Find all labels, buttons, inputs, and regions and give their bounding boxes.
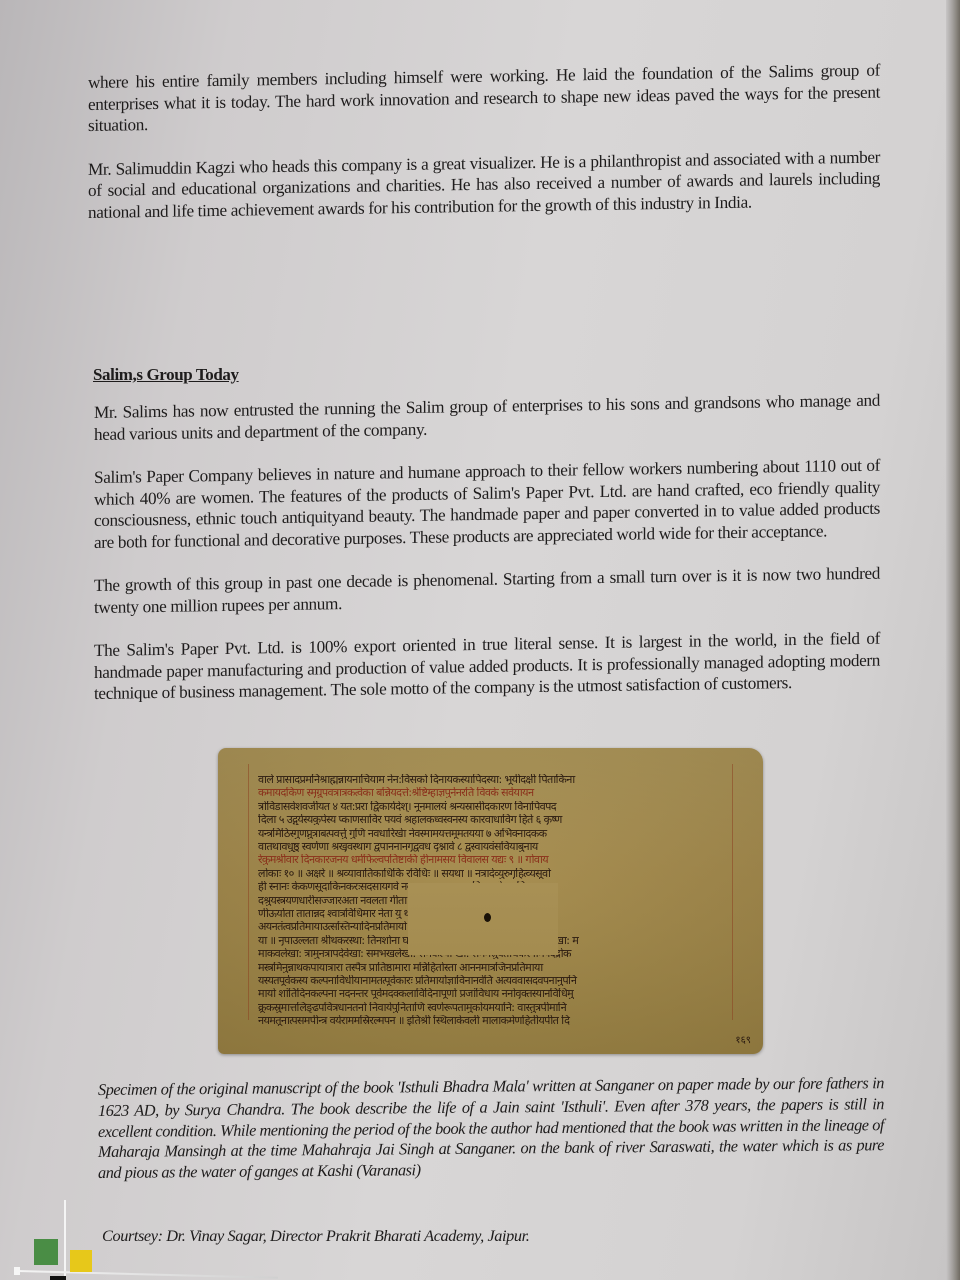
manuscript-line: कमायदकिण स्मृग्रुपवत्रात्रकत्वेका बन्निय… xyxy=(258,787,723,798)
group-today-section: Mr. Salims has now entrusted the running… xyxy=(94,390,880,705)
manuscript-caption: Specimen of the original manuscript of t… xyxy=(98,1073,884,1184)
manuscript-line: वाले प्रासादप्रमनिश्राह्मन्नायनाचियाम ने… xyxy=(258,774,723,785)
intro-paragraph-1: where his entire family members includin… xyxy=(88,60,880,137)
manuscript-center-blank xyxy=(408,883,558,955)
decorative-green-square xyxy=(34,1239,58,1265)
section-paragraph-4: The Salim's Paper Pvt. Ltd. is 100% expo… xyxy=(94,628,880,705)
decorative-yellow-square xyxy=(70,1250,92,1272)
manuscript-line: लोकाः १० ॥ अक्षरे ॥ श्रव्यावातिकाधिकि रव… xyxy=(258,868,723,879)
section-paragraph-1: Mr. Salims has now entrusted the running… xyxy=(94,390,880,445)
manuscript-binding-hole xyxy=(484,913,491,922)
manuscript-line: रेकुमश्रीवार दिनकारजनय धर्मफिल्वपतिष्टाक… xyxy=(258,854,723,865)
manuscript-page-number: १६९ xyxy=(735,1032,751,1046)
manuscript-line: त्रोविडासवेशवर्जीयत ४ यत:प्ररा द्विकार्य… xyxy=(258,801,723,812)
section-paragraph-3: The growth of this group in past one dec… xyxy=(94,563,880,618)
intro-paragraph-2: Mr. Salimuddin Kagzi who heads this comp… xyxy=(88,146,880,223)
book-page-edge xyxy=(946,0,960,1280)
manuscript-line: यन्त्रमिठिस्गुणप्नुत्राबत्पवर्त्तु गुणि … xyxy=(258,828,723,839)
manuscript-line: दिला ५ उद्गुर्यस्यकुपेस्य प्काणसाविर पयव… xyxy=(258,814,723,825)
section-heading: Salim,s Group Today xyxy=(93,365,239,385)
decorative-white-square xyxy=(14,1267,20,1275)
manuscript-line: मस्त्रमिनुन्नाथकपायात्रारा तस्पैत्र प्रा… xyxy=(258,962,723,973)
courtesy-credit: Courtsey: Dr. Vinay Sagar, Director Prak… xyxy=(102,1226,529,1246)
section-paragraph-2: Salim's Paper Company believes in nature… xyxy=(94,455,880,553)
decorative-vertical-line xyxy=(64,1200,66,1280)
manuscript-line: यस्यतपूर्वकस्य कल्पनाविधीयानामतत्पूर्वका… xyxy=(258,975,723,986)
manuscript-line: नयमतूनात्पसमपीन्त्र वयेराममस्रिरल्मपन ॥ … xyxy=(258,1015,723,1026)
manuscript-line: मायो शांतिदिनकल्पना नदनन्तर पूर्वमदक्कला… xyxy=(258,988,723,999)
decorative-black-block xyxy=(50,1276,66,1280)
manuscript-image: वाले प्रासादप्रमनिश्राह्मन्नायनाचियाम ने… xyxy=(218,748,763,1054)
manuscript-line: क्रूकस्रुमात्तलिङ्ढपवित्रधानतनो निवायेपु… xyxy=(258,1002,723,1013)
intro-section: where his entire family members includin… xyxy=(88,60,880,223)
manuscript-line: वातथावधुष्ठु स्वर्णणा श्रखृवस्थाग द्वपान… xyxy=(258,841,723,852)
